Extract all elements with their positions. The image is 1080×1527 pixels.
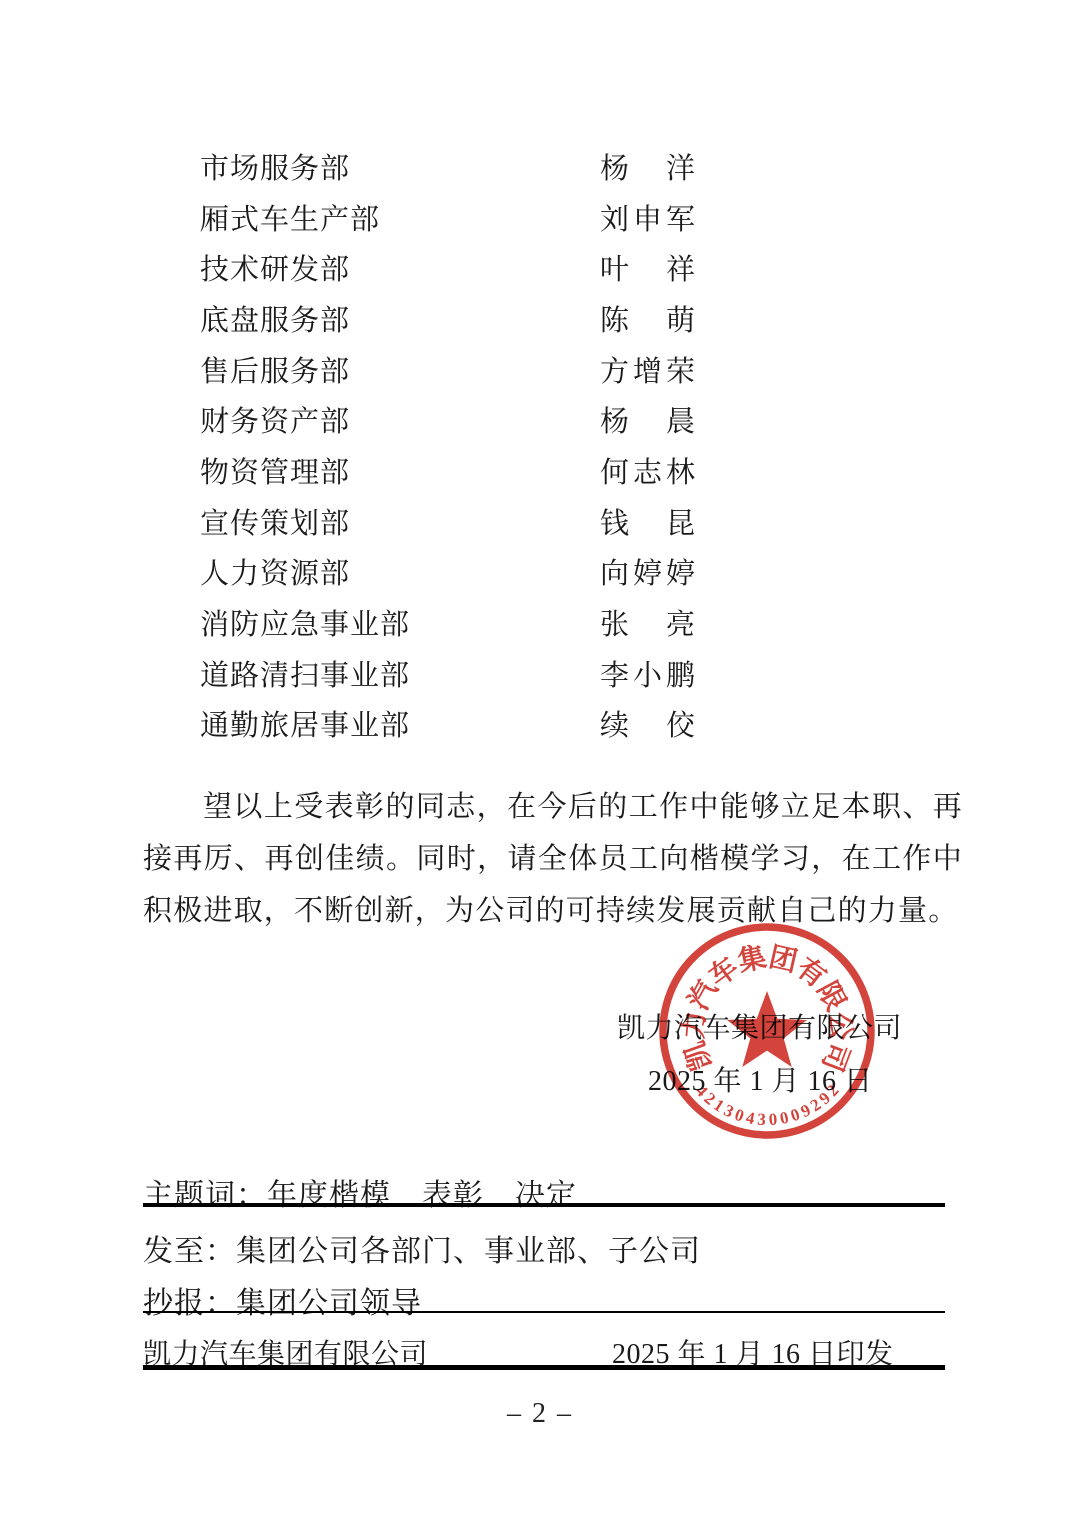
award-department: 宣传策划部 — [200, 501, 600, 542]
award-person-name: 钱 昆 — [600, 501, 699, 542]
signature-company: 凯力汽车集团有限公司 — [617, 1013, 902, 1045]
distribution-value: 集团公司各部门、事业部、子公司 — [236, 1235, 701, 1268]
award-row: 消防应急事业部 张 亮 — [200, 597, 960, 648]
award-person-name: 方增荣 — [600, 349, 699, 390]
divider-thick-top — [143, 1203, 945, 1207]
award-person-name: 杨 洋 — [600, 146, 699, 187]
award-person-name: 叶 祥 — [600, 247, 699, 288]
award-department: 消防应急事业部 — [200, 602, 600, 643]
award-row: 市场服务部 杨 洋 — [200, 141, 960, 192]
award-department: 厢式车生产部 — [200, 197, 600, 238]
distribution-row: 发至：集团公司各部门、事业部、子公司 — [143, 1226, 701, 1270]
award-person-name: 李小鹏 — [600, 653, 699, 694]
award-row: 厢式车生产部 刘申军 — [200, 192, 960, 243]
award-department: 人力资源部 — [200, 551, 600, 592]
award-row: 售后服务部 方增荣 — [200, 344, 960, 395]
copy-row: 抄报：集团公司领导 — [143, 1278, 422, 1322]
subject-label: 主题词： — [143, 1179, 267, 1212]
seal-arc-text: 凯力汽车集团有限公司 — [677, 940, 856, 1076]
page-number: – 2 – — [0, 1398, 1080, 1430]
award-person-name: 陈 萌 — [600, 298, 699, 339]
subject-value: 年度楷模 表彰 决定 — [267, 1179, 577, 1212]
closing-paragraph: 望以上受表彰的同志，在今后的工作中能够立足本职、再接再厉、再创佳绩。同时，请全体… — [143, 781, 963, 937]
award-person-name: 杨 晨 — [600, 399, 699, 440]
subject-row: 主题词：年度楷模 表彰 决定 — [143, 1170, 577, 1214]
award-row: 底盘服务部 陈 萌 — [200, 293, 960, 344]
award-row: 物资管理部 何志林 — [200, 445, 960, 496]
award-department: 财务资产部 — [200, 399, 600, 440]
distribution-label: 发至： — [143, 1235, 236, 1268]
award-department: 道路清扫事业部 — [200, 653, 600, 694]
award-row: 宣传策划部 钱 昆 — [200, 496, 960, 547]
award-department: 技术研发部 — [200, 247, 600, 288]
document-page: 市场服务部 杨 洋 厢式车生产部 刘申军 技术研发部 叶 祥 底盘服务部 陈 萌… — [0, 0, 1080, 1527]
signature-date: 2025 年 1 月 16 日 — [648, 1066, 873, 1098]
award-department: 售后服务部 — [200, 349, 600, 390]
svg-text:凯力汽车集团有限公司: 凯力汽车集团有限公司 — [677, 940, 856, 1076]
award-row: 财务资产部 杨 晨 — [200, 394, 960, 445]
copy-label: 抄报： — [143, 1287, 236, 1320]
award-row: 道路清扫事业部 李小鹏 — [200, 648, 960, 699]
award-person-name: 何志林 — [600, 450, 699, 491]
award-row: 通勤旅居事业部 续 佼 — [200, 699, 960, 750]
award-person-name: 向婷婷 — [600, 551, 699, 592]
award-department: 物资管理部 — [200, 450, 600, 491]
award-department: 通勤旅居事业部 — [200, 703, 600, 744]
award-person-name: 续 佼 — [600, 703, 699, 744]
copy-value: 集团公司领导 — [236, 1287, 422, 1320]
divider-thick-bottom — [143, 1365, 945, 1370]
award-list: 市场服务部 杨 洋 厢式车生产部 刘申军 技术研发部 叶 祥 底盘服务部 陈 萌… — [200, 141, 960, 749]
award-row: 技术研发部 叶 祥 — [200, 242, 960, 293]
award-row: 人力资源部 向婷婷 — [200, 547, 960, 598]
award-person-name: 刘申军 — [600, 197, 699, 238]
award-person-name: 张 亮 — [600, 602, 699, 643]
award-department: 底盘服务部 — [200, 298, 600, 339]
divider-thin — [143, 1311, 945, 1313]
award-department: 市场服务部 — [200, 146, 600, 187]
